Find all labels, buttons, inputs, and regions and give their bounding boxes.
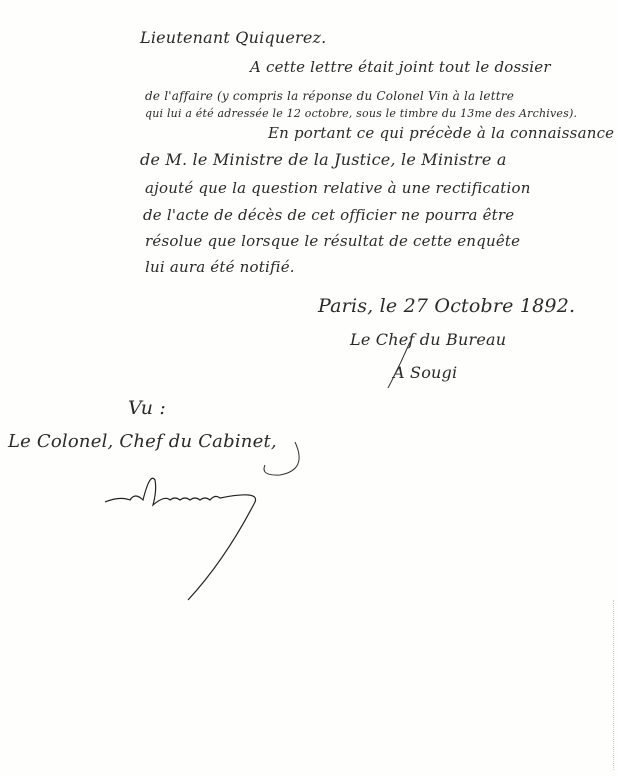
salutation-line: Lieutenant Quiquerez. bbox=[140, 28, 326, 48]
body-line: lui aura été notifié. bbox=[145, 257, 295, 277]
closing-title: Le Chef du Bureau bbox=[350, 330, 506, 350]
body-line: qui lui a été adressée le 12 octobre, so… bbox=[145, 104, 577, 124]
body-line: résolue que lorsque le résultat de cette… bbox=[145, 231, 520, 251]
signature-flourish bbox=[380, 340, 420, 390]
place-date: Paris, le 27 Octobre 1892. bbox=[318, 296, 575, 316]
body-line: En portant ce qui précède à la connaissa… bbox=[268, 123, 614, 143]
body-line: ajouté que la question relative à une re… bbox=[145, 178, 531, 198]
endorsement-title: Le Colonel, Chef du Cabinet, bbox=[8, 432, 277, 452]
page-edge bbox=[612, 600, 614, 770]
endorsement-vu: Vu : bbox=[128, 398, 166, 418]
body-line: de l'acte de décès de cet officier ne po… bbox=[143, 205, 514, 225]
body-line: de l'affaire (y compris la réponse du Co… bbox=[145, 86, 514, 106]
letter-page: Lieutenant Quiquerez. A cette lettre éta… bbox=[0, 0, 618, 777]
colonel-signature bbox=[95, 470, 275, 605]
body-line: de M. le Ministre de la Justice, le Mini… bbox=[140, 150, 507, 170]
body-line: A cette lettre était joint tout le dossi… bbox=[250, 57, 551, 77]
cabinet-flourish bbox=[250, 440, 310, 480]
